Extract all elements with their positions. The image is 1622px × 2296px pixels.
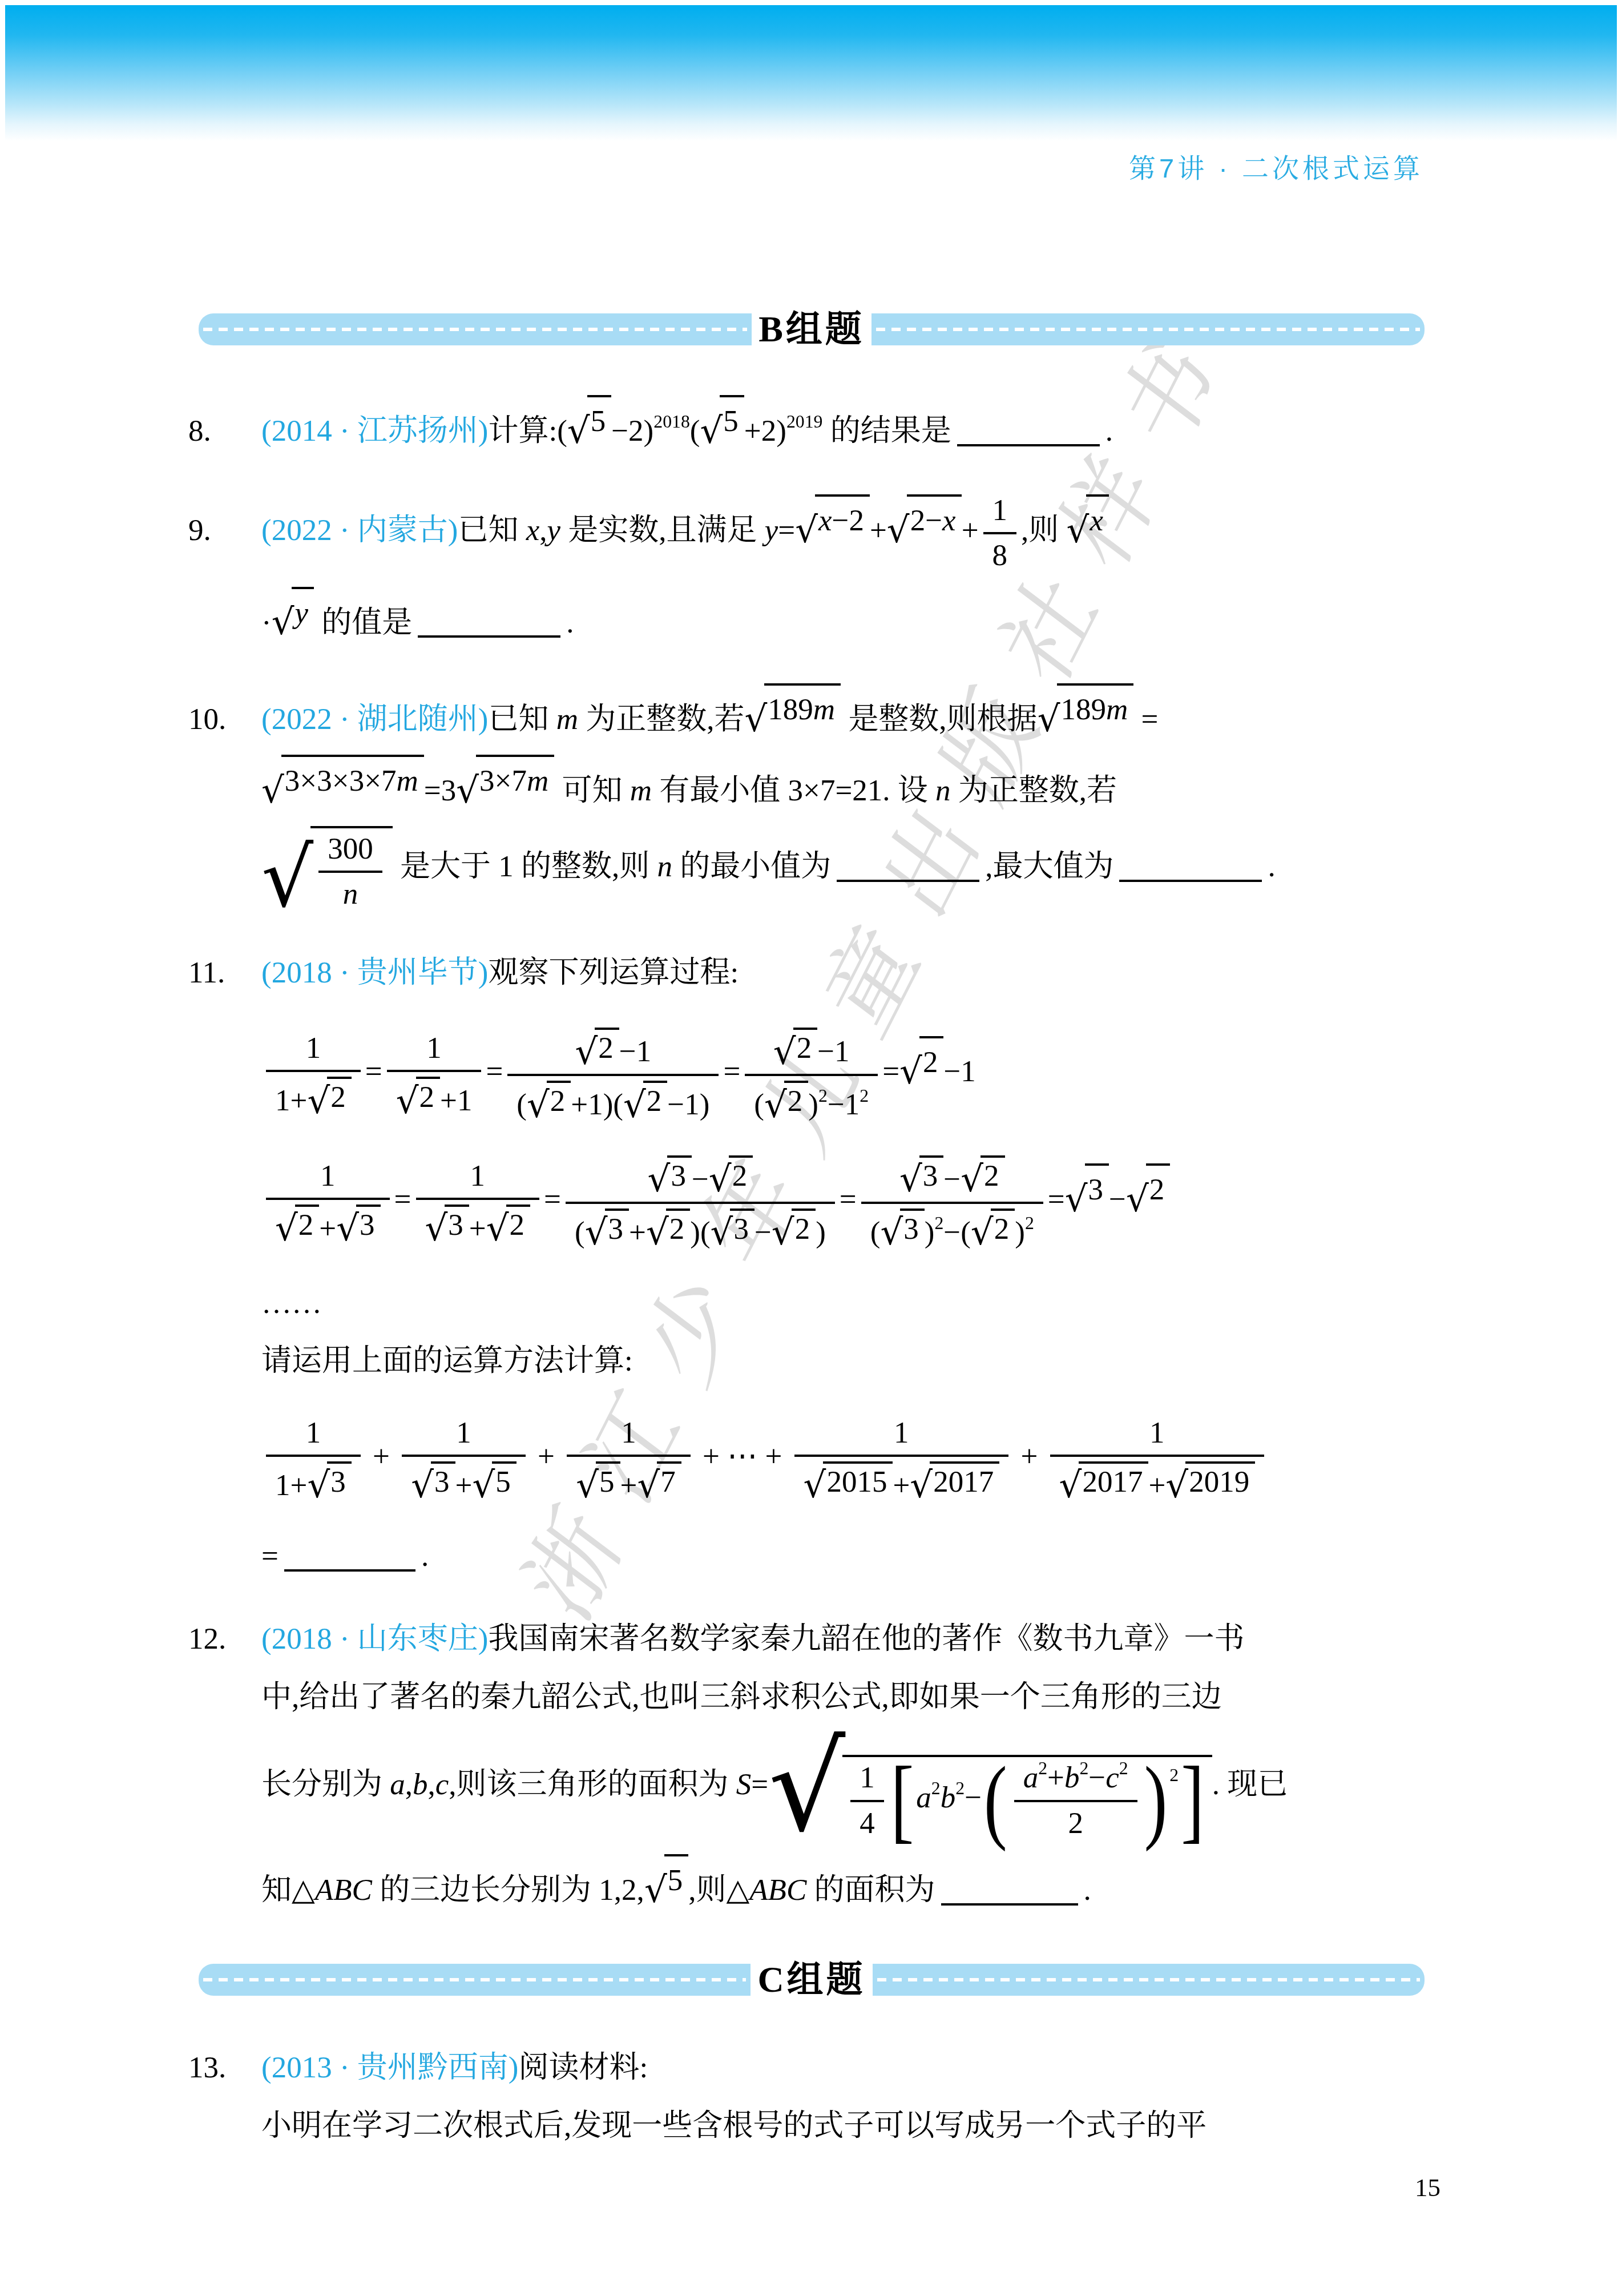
math-fraction: 300n xyxy=(318,830,382,913)
text-run: 1 xyxy=(456,1416,471,1449)
problem-line: 9.(2022 · 内蒙古)已知 x,y 是实数,且满足 y=√x−2+√2−x… xyxy=(261,492,1433,574)
text-run: 2 xyxy=(598,1032,614,1065)
answer-blank xyxy=(418,635,560,638)
text-run: = xyxy=(394,1183,411,1216)
math-sqrt: √14[a2b2−(a2+b2−c22)2] xyxy=(768,1733,1212,1842)
math-fraction: 1√5+√7 xyxy=(567,1414,691,1504)
header-gradient xyxy=(5,5,1617,141)
math-superscript: 2 xyxy=(1038,1758,1047,1778)
text-run: + xyxy=(620,1469,637,1502)
text-run: 有最小值 3×7=21. 设 xyxy=(652,774,935,807)
text-run: 的最小值为 xyxy=(672,850,831,883)
math-sqrt: √2 xyxy=(709,1155,753,1193)
text-run: 2 xyxy=(994,1213,1010,1246)
math-fraction: 18 xyxy=(983,492,1017,574)
text-run: 1 xyxy=(306,1416,321,1449)
text-run: , xyxy=(428,1768,435,1801)
text-run: . xyxy=(1084,1874,1091,1907)
text-run: 是整数,则根据 xyxy=(841,703,1038,736)
text-run: −1 xyxy=(817,1036,849,1069)
text-run: . xyxy=(566,606,574,639)
text-run: 189 xyxy=(768,693,813,726)
problem-11: 11.(2018 · 贵州毕节)观察下列运算过程:11+√2=1√2+1=√2−… xyxy=(188,950,1433,1579)
text-run: 2015 xyxy=(826,1465,887,1499)
math-sqrt: √3 xyxy=(307,1461,351,1499)
text-run: 知△ xyxy=(261,1874,315,1907)
chapter-title: 第7讲 · 二次根式运算 xyxy=(1129,147,1423,186)
text-run: 2017 xyxy=(1082,1465,1143,1499)
text-run: −( xyxy=(943,1216,971,1249)
text-run: 300 xyxy=(328,832,373,865)
text-run: ) xyxy=(816,1216,826,1249)
problem-line: 12.(2018 · 山东枣庄)我国南宋著名数学家秦九韶在他的著作《数书九章》一… xyxy=(261,1617,1433,1662)
math-sqrt: √2 xyxy=(971,1209,1015,1246)
math-fraction: 1√2+1 xyxy=(387,1029,482,1119)
problem-number: 8. xyxy=(188,409,261,454)
banner-bar xyxy=(199,313,752,345)
math-variable: m xyxy=(527,764,548,797)
text-run: ,则 xyxy=(1021,514,1067,547)
text-run: , xyxy=(405,1768,413,1801)
math-sqrt: √2 xyxy=(1126,1163,1170,1213)
text-run: 5 xyxy=(723,405,739,438)
problem-line: 8.(2014 · 江苏扬州)计算:(√5−2)2018(√5+2)2019 的… xyxy=(261,395,1433,454)
text-run: 的结果是 xyxy=(822,414,951,448)
problem-line: 13.(2013 · 贵州黔西南)阅读材料: xyxy=(261,2045,1433,2091)
problem-12: 12.(2018 · 山东枣庄)我国南宋著名数学家秦九韶在他的著作《数书九章》一… xyxy=(188,1617,1433,1913)
text-run: 2017 xyxy=(933,1465,994,1499)
text-run: 小明在学习二次根式后,发现一些含根号的式子可以写成另一个式子的平 xyxy=(261,2109,1207,2142)
problem-13: 13.(2013 · 贵州黔西南)阅读材料:小明在学习二次根式后,发现一些含根号… xyxy=(188,2045,1433,2149)
text-run: ) xyxy=(1015,1216,1025,1249)
text-run: 1 xyxy=(426,1032,442,1065)
math-variable: a xyxy=(1023,1761,1039,1794)
text-run: = xyxy=(778,514,795,547)
answer-blank xyxy=(284,1569,415,1572)
math-fraction: 1√2+√3 xyxy=(266,1157,390,1247)
text-run: 1+ xyxy=(275,1469,307,1502)
text-run: . xyxy=(421,1540,429,1573)
text-run: 2 xyxy=(797,1032,812,1065)
math-sqrt: √2 xyxy=(396,1077,440,1114)
problem-line: 中,给出了著名的秦九韶公式,也叫三斜求积公式,即如果一个三角形的三边 xyxy=(261,1675,1433,1721)
text-run: 1 xyxy=(470,1159,486,1193)
math-sqrt: √3 xyxy=(880,1209,924,1246)
problem-number: 13. xyxy=(188,2045,261,2091)
math-sqrt: √y xyxy=(272,587,314,637)
math-sqrt: √300n xyxy=(261,826,393,913)
text-run: 5 xyxy=(495,1465,511,1499)
text-run: 已知 xyxy=(458,514,526,547)
problem-line: √3×3×3×7m=3√3×7m 可知 m 有最小值 3×7=21. 设 n 为… xyxy=(261,755,1433,813)
math-fraction: 11+√2 xyxy=(266,1029,361,1119)
math-variable: b xyxy=(413,1768,428,1801)
problem-line: …… xyxy=(261,1281,1433,1327)
problem-line: =. xyxy=(261,1534,1433,1580)
text-run: +1 xyxy=(440,1085,472,1118)
math-sqrt: √2 xyxy=(486,1205,530,1242)
text-run: . xyxy=(1268,850,1275,883)
math-sqrt: √2 xyxy=(899,1036,943,1086)
text-run: 2 xyxy=(795,1213,810,1246)
math-sqrt: √5 xyxy=(472,1461,516,1499)
text-run: 的面积为 xyxy=(806,1874,935,1907)
text-run: ( xyxy=(575,1216,585,1249)
page-number: 15 xyxy=(1415,2173,1441,2202)
math-sqrt: √2017 xyxy=(1059,1461,1149,1499)
math-superscript: 2 xyxy=(1169,1765,1179,1785)
text-run: ( xyxy=(754,1089,764,1122)
text-run: 1 xyxy=(1149,1416,1165,1449)
math-sqrt: √2015 xyxy=(804,1461,893,1499)
answer-blank xyxy=(1119,880,1262,882)
text-run: 1 xyxy=(320,1159,336,1193)
math-sqrt: √189m xyxy=(1038,683,1134,733)
text-run: 2 xyxy=(1068,1807,1083,1840)
problem-9: 9.(2022 · 内蒙古)已知 x,y 是实数,且满足 y=√x−2+√2−x… xyxy=(188,492,1433,646)
problem-line: 长分别为 a,b,c,则该三角形的面积为 S=√14[a2b2−(a2+b2−c… xyxy=(261,1733,1433,1842)
text-run: 1 xyxy=(306,1032,321,1065)
text-run: 2− xyxy=(910,504,942,537)
answer-blank xyxy=(941,1903,1078,1906)
math-sqrt: √3 xyxy=(425,1205,469,1242)
text-run: 2 xyxy=(647,1085,662,1118)
text-run: 的值是 xyxy=(314,606,412,639)
banner-label: C组题 xyxy=(751,1961,872,1998)
text-run: 请运用上面的运算方法计算: xyxy=(261,1344,633,1377)
text-run: 计算:( xyxy=(488,414,567,448)
text-run: + xyxy=(870,514,887,547)
text-run: −1 xyxy=(828,1089,860,1122)
text-run: −1) xyxy=(667,1089,709,1122)
problem-number: 10. xyxy=(188,697,261,743)
text-run: ( xyxy=(870,1216,881,1249)
text-run: = xyxy=(1133,703,1158,736)
math-sqrt: √5 xyxy=(567,395,611,445)
text-run: + xyxy=(319,1212,336,1245)
problem-10: 10.(2022 · 湖北随州)已知 m 为正整数,若√189m 是整数,则根据… xyxy=(188,683,1433,913)
text-run: 3 xyxy=(733,1213,749,1246)
text-run: −1 xyxy=(943,1055,975,1088)
math-sqrt: √3 xyxy=(1065,1163,1109,1213)
text-run: 观察下列运算过程: xyxy=(488,956,739,989)
text-run: = xyxy=(882,1055,899,1088)
exam-source-tag: (2018 · 山东枣庄) xyxy=(261,1622,488,1655)
text-run: 是实数,且满足 xyxy=(560,514,765,547)
math-variable: m xyxy=(813,693,835,726)
math-variable: b xyxy=(941,1781,956,1814)
math-sqrt: √3 xyxy=(585,1209,629,1246)
math-fraction: 1√2015+√2017 xyxy=(794,1414,1009,1504)
text-run: · xyxy=(261,606,272,639)
text-run: 8 xyxy=(992,539,1008,572)
problem-line: √300n 是大于 1 的整数,则 n 的最小值为,最大值为. xyxy=(261,826,1433,913)
text-run: 3 xyxy=(923,1159,938,1193)
text-run: − xyxy=(943,1163,961,1196)
text-run: ) xyxy=(925,1216,935,1249)
text-run: 1 xyxy=(992,494,1008,527)
text-run: 2 xyxy=(669,1213,685,1246)
math-variable: n xyxy=(343,877,358,911)
text-run: + xyxy=(530,1440,562,1473)
text-run: 3×7 xyxy=(479,764,527,797)
text-run: 2 xyxy=(298,1209,314,1242)
text-run: 3 xyxy=(1088,1173,1104,1206)
problem-line: 11.(2018 · 贵州毕节)观察下列运算过程: xyxy=(261,950,1433,996)
banner-bar xyxy=(871,313,1425,345)
text-run: + xyxy=(365,1440,397,1473)
text-run: . 现已 xyxy=(1212,1768,1288,1801)
math-sqrt: √7 xyxy=(637,1461,681,1499)
math-superscript: 2 xyxy=(1119,1758,1128,1778)
text-run: 3 xyxy=(330,1465,346,1499)
math-superscript: 2 xyxy=(931,1778,941,1798)
math-sqrt: √2 xyxy=(646,1209,690,1246)
text-run: = xyxy=(365,1055,382,1088)
text-run: 2 xyxy=(1149,1173,1165,1206)
text-run: + xyxy=(1047,1761,1064,1794)
text-run: = xyxy=(544,1183,561,1216)
text-run: 阅读材料: xyxy=(518,2051,648,2084)
text-run: 1 xyxy=(894,1416,909,1449)
text-run: …… xyxy=(261,1287,322,1320)
problem-line: 1√2+√3=1√3+√2=√3−√2(√3+√2)(√3−√2)=√3−√2(… xyxy=(261,1153,1433,1251)
math-variable: ABC xyxy=(749,1874,806,1907)
math-variable: m xyxy=(556,703,578,736)
problem-8: 8.(2014 · 江苏扬州)计算:(√5−2)2018(√5+2)2019 的… xyxy=(188,395,1433,454)
math-superscript: 2 xyxy=(1025,1213,1034,1233)
math-sqrt: √3 xyxy=(411,1461,455,1499)
math-variable: m xyxy=(397,764,418,797)
math-sqrt: √x−2 xyxy=(795,494,870,544)
exam-source-tag: (2022 · 内蒙古) xyxy=(261,514,458,547)
text-run: 1 xyxy=(860,1761,875,1794)
text-run: − xyxy=(965,1781,982,1814)
math-variable: b xyxy=(1064,1761,1080,1794)
text-run: − xyxy=(692,1163,709,1196)
math-fraction: √2−1(√2)2−12 xyxy=(745,1025,878,1123)
math-sqrt: √2 xyxy=(764,1081,808,1118)
text-run: 为正整数,若 xyxy=(578,703,745,736)
math-variable: x xyxy=(1090,504,1103,537)
text-run: −2 xyxy=(832,504,864,537)
text-run: 是大于 1 的整数,则 xyxy=(393,850,657,883)
math-variable: a xyxy=(390,1768,405,1801)
text-run: 2 xyxy=(923,1046,938,1079)
text-run: −2) xyxy=(611,414,653,448)
math-sqrt: √2 xyxy=(275,1205,319,1242)
text-run: 2 xyxy=(788,1085,803,1118)
text-run: ,则该三角形的面积为 xyxy=(449,1768,736,1801)
math-variable: ABC xyxy=(315,1874,372,1907)
text-run: = xyxy=(751,1768,768,1801)
problem-line: 10.(2022 · 湖北随州)已知 m 为正整数,若√189m 是整数,则根据… xyxy=(261,683,1433,742)
page: 第7讲 · 二次根式运算 浙江少年儿童出版社样书 B组题 8.(2014 · 江… xyxy=(0,0,1622,2296)
problem-line: 请运用上面的运算方法计算: xyxy=(261,1339,1433,1384)
text-run: − xyxy=(754,1216,772,1249)
text-run: 5 xyxy=(668,1864,683,1897)
text-run: 为正整数,若 xyxy=(951,774,1117,807)
math-sqrt: √3 xyxy=(899,1155,943,1193)
math-variable: n xyxy=(935,774,951,807)
math-sqrt: √3 xyxy=(648,1155,692,1193)
text-run: 的三边长分别为 1,2, xyxy=(372,1874,644,1907)
math-superscript: 2019 xyxy=(786,412,823,432)
math-variable: n xyxy=(657,850,672,883)
text-run: 2 xyxy=(419,1081,435,1114)
text-run: 3 xyxy=(608,1213,624,1246)
math-sqrt: √2 xyxy=(307,1077,351,1114)
math-variable: c xyxy=(435,1768,449,1801)
math-variable: m xyxy=(630,774,652,807)
text-run: ) xyxy=(808,1089,818,1122)
text-run: 3 xyxy=(903,1213,919,1246)
text-run: + xyxy=(455,1469,473,1502)
exam-source-tag: (2014 · 江苏扬州) xyxy=(261,414,488,448)
problems-list-c: 13.(2013 · 贵州黔西南)阅读材料:小明在学习二次根式后,发现一些含根号… xyxy=(188,2045,1433,2149)
math-fraction: √3−√2(√3)2−(√2)2 xyxy=(861,1153,1043,1251)
text-run: 4 xyxy=(860,1807,875,1840)
text-run: 1 xyxy=(621,1416,636,1449)
text-run: = xyxy=(1048,1183,1065,1216)
text-run: 3 xyxy=(671,1159,686,1193)
text-run: + ⋯ + xyxy=(695,1440,790,1473)
problem-line: 知△ABC 的三边长分别为 1,2,√5,则△ABC 的面积为. xyxy=(261,1854,1433,1913)
math-sqrt: √2 xyxy=(527,1081,571,1118)
text-run: +2) xyxy=(744,414,786,448)
math-sqrt: √2 xyxy=(961,1155,1004,1193)
text-run: 可知 xyxy=(554,774,630,807)
text-run: + xyxy=(469,1212,486,1245)
text-run: 3 xyxy=(360,1209,375,1242)
math-variable: y xyxy=(295,597,309,630)
text-run: . xyxy=(1105,414,1113,448)
math-fraction: √3−√2(√3+√2)(√3−√2) xyxy=(566,1153,835,1251)
math-sqrt: √5 xyxy=(700,395,744,445)
text-run: )( xyxy=(690,1216,710,1249)
text-run: − xyxy=(1088,1761,1105,1794)
math-fraction: 1√3+√5 xyxy=(402,1414,526,1504)
section-banner-c: C组题 xyxy=(199,1963,1425,1996)
math-superscript: 2 xyxy=(818,1086,828,1106)
problem-number: 12. xyxy=(188,1617,261,1662)
text-run: ( xyxy=(690,414,700,448)
answer-blank xyxy=(837,880,979,882)
text-run: 2 xyxy=(510,1209,525,1242)
math-variable: x xyxy=(526,514,540,547)
text-run: 2 xyxy=(330,1081,346,1114)
page-content: B组题 8.(2014 · 江苏扬州)计算:(√5−2)2018(√5+2)20… xyxy=(188,313,1433,2186)
math-variable: y xyxy=(765,514,778,547)
text-run: 2 xyxy=(732,1159,748,1193)
math-superscript: 2 xyxy=(860,1086,869,1106)
problem-line: 11+√2=1√2+1=√2−1(√2+1)(√2−1)=√2−1(√2)2−1… xyxy=(261,1025,1433,1123)
math-sqrt: √2019 xyxy=(1165,1461,1255,1499)
math-variable: x xyxy=(942,504,956,537)
exam-source-tag: (2018 · 贵州毕节) xyxy=(261,956,488,989)
math-superscript: 2 xyxy=(1079,1758,1088,1778)
text-run: 3 xyxy=(434,1465,450,1499)
text-run: =3 xyxy=(424,774,456,807)
math-sqrt: √3 xyxy=(336,1205,380,1242)
problem-number: 11. xyxy=(188,950,261,996)
problem-line: ·√y 的值是. xyxy=(261,587,1433,646)
text-run: ( xyxy=(517,1089,527,1122)
math-fraction: √2−1(√2+1)(√2−1) xyxy=(507,1025,719,1123)
math-variable: S xyxy=(736,1768,752,1801)
text-run: 3 xyxy=(448,1209,463,1242)
banner-label: B组题 xyxy=(752,311,871,348)
math-sqrt: √2017 xyxy=(910,1461,999,1499)
text-run: 5 xyxy=(591,405,606,438)
banner-bar xyxy=(873,1964,1425,1996)
text-run: , xyxy=(539,514,547,547)
text-run: = xyxy=(261,1540,279,1573)
exam-source-tag: (2013 · 贵州黔西南) xyxy=(261,2051,518,2084)
problem-line: 11+√3 + 1√3+√5 + 1√5+√7 + ⋯ + 1√2015+√20… xyxy=(261,1414,1433,1504)
text-run: ,则△ xyxy=(688,1874,749,1907)
banner-bar xyxy=(199,1964,751,1996)
math-fraction: 11+√3 xyxy=(266,1414,361,1504)
text-run: +1)( xyxy=(571,1089,623,1122)
math-sqrt: √2 xyxy=(773,1028,817,1065)
text-run: + xyxy=(1013,1440,1045,1473)
math-fraction: 14 xyxy=(850,1759,884,1842)
math-sqrt: √2 xyxy=(623,1081,667,1118)
text-run: = xyxy=(840,1183,857,1216)
math-superscript: 2018 xyxy=(653,412,690,432)
text-run: + xyxy=(1148,1469,1165,1502)
math-superscript: 2 xyxy=(955,1778,965,1798)
problem-line: 小明在学习二次根式后,发现一些含根号的式子可以写成另一个式子的平 xyxy=(261,2104,1433,2149)
math-fraction: 1√2017+√2019 xyxy=(1050,1414,1265,1504)
text-run: 7 xyxy=(660,1465,676,1499)
text-run: 已知 xyxy=(488,703,556,736)
math-sqrt: √x xyxy=(1067,494,1109,544)
text-run: 3×3×3×7 xyxy=(285,764,397,797)
math-variable: c xyxy=(1105,1761,1119,1794)
math-sqrt: √3 xyxy=(711,1209,754,1246)
exam-source-tag: (2022 · 湖北随州) xyxy=(261,703,488,736)
text-run: = xyxy=(486,1055,503,1088)
math-variable: a xyxy=(916,1781,931,1814)
math-variable: x xyxy=(818,504,832,537)
text-run: 我国南宋著名数学家秦九韶在他的著作《数书九章》一书 xyxy=(488,1622,1244,1655)
text-run: 2 xyxy=(984,1159,999,1193)
math-sqrt: √2−x xyxy=(887,494,962,544)
problems-list-b: 8.(2014 · 江苏扬州)计算:(√5−2)2018(√5+2)2019 的… xyxy=(188,395,1433,1913)
text-run: 中,给出了著名的秦九韶公式,也叫三斜求积公式,即如果一个三角形的三边 xyxy=(261,1681,1222,1714)
text-run: + xyxy=(629,1216,646,1249)
text-run: + xyxy=(962,514,979,547)
text-run: −1 xyxy=(619,1036,651,1069)
text-run: ,最大值为 xyxy=(985,850,1113,883)
math-sqrt: √5 xyxy=(644,1854,688,1904)
math-fraction: 1√3+√2 xyxy=(416,1157,540,1247)
math-sqrt: √3×3×3×7m xyxy=(261,755,424,804)
text-run: 189 xyxy=(1060,693,1106,726)
math-variable: m xyxy=(1106,693,1128,726)
math-sqrt: √5 xyxy=(576,1461,620,1499)
text-run: 长分别为 xyxy=(261,1768,390,1801)
math-sqrt: √3×7m xyxy=(456,755,554,804)
text-run: − xyxy=(1109,1183,1126,1216)
answer-blank xyxy=(957,444,1100,446)
text-run: 1+ xyxy=(275,1085,307,1118)
text-run: 5 xyxy=(599,1465,615,1499)
math-fraction: a2+b2−c22 xyxy=(1014,1759,1137,1842)
problem-number: 9. xyxy=(188,508,261,554)
